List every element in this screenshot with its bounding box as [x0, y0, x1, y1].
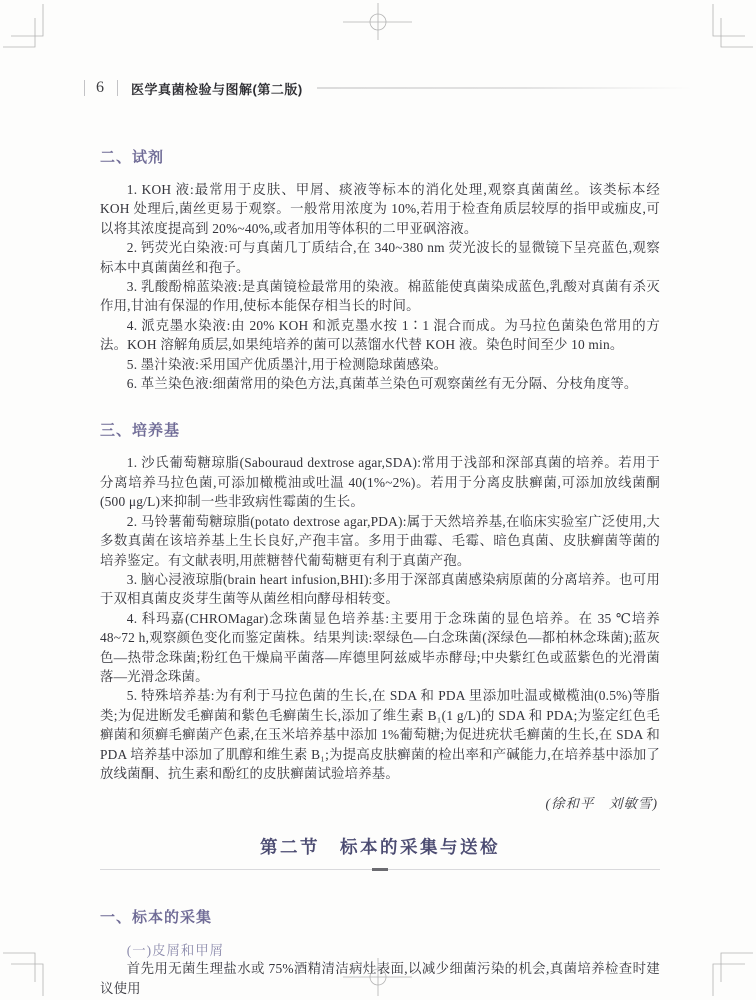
author-attribution: (徐和平 刘敏雪) [100, 792, 660, 812]
chapter-rule-dash [372, 868, 388, 871]
media-item: 2. 马铃薯葡萄糖琼脂(potato dextrose agar,PDA):属于… [100, 512, 660, 570]
section-heading-media: 三、培养基 [100, 419, 660, 440]
section-specimen-collection: 一、标本的采集 (一)皮屑和甲屑 首先用无菌生理盐水或 75%酒精清洁病灶表面,… [100, 906, 660, 998]
reagent-item: 1. KOH 液:最常用于皮肤、甲屑、痰液等标本的消化处理,观察真菌菌丝。该类标… [100, 180, 660, 238]
section-heading-collection: 一、标本的采集 [100, 906, 660, 927]
header-rule [317, 87, 692, 89]
media-item: 1. 沙氏葡萄糖琼脂(Sabouraud dextrose agar,SDA):… [100, 453, 660, 511]
section-heading-reagents: 二、试剂 [100, 146, 660, 167]
page-body: 二、试剂 1. KOH 液:最常用于皮肤、甲屑、痰液等标本的消化处理,观察真菌菌… [100, 146, 660, 998]
page-number: 6 [85, 78, 117, 98]
collection-intro-paragraph: 首先用无菌生理盐水或 75%酒精清洁病灶表面,以减少细菌污染的机会,真菌培养检查… [100, 959, 660, 998]
subsection-heading-skin-nail: (一)皮屑和甲屑 [100, 940, 660, 959]
book-title: 医学真菌检验与图解(第二版) [131, 79, 303, 98]
reagent-item: 2. 钙荧光白染液:可与真菌几丁质结合,在 340~380 nm 荧光波长的显微… [100, 238, 660, 277]
book-page: { "header": { "page_number": "6", "book_… [0, 0, 756, 1000]
media-item: 3. 脑心浸液琼脂(brain heart infusion,BHI):多用于深… [100, 570, 660, 609]
reagent-item: 5. 墨汁染液:采用国产优质墨汁,用于检测隐球菌感染。 [100, 355, 660, 374]
section-reagents: 二、试剂 1. KOH 液:最常用于皮肤、甲屑、痰液等标本的消化处理,观察真菌菌… [100, 146, 660, 393]
section-culture-media: 三、培养基 1. 沙氏葡萄糖琼脂(Sabouraud dextrose agar… [100, 419, 660, 783]
chapter-section-title: 第二节 标本的采集与送检 [100, 834, 660, 859]
media-item: 4. 科玛嘉(CHROMagar)念珠菌显色培养基:主要用于念珠菌的显色培养。在… [100, 609, 660, 687]
header-divider-mid [117, 80, 118, 96]
reagent-item: 4. 派克墨水染液:由 20% KOH 和派克墨水按 1∶1 混合而成。为马拉色… [100, 316, 660, 355]
media-item: 5. 特殊培养基:为有利于马拉色菌的生长,在 SDA 和 PDA 里添加吐温或橄… [100, 686, 660, 783]
chapter-title-rule [100, 869, 660, 870]
reagent-item: 3. 乳酸酚棉蓝染液:是真菌镜检最常用的染液。棉蓝能使真菌染成蓝色,乳酸对真菌有… [100, 277, 660, 316]
reagent-item: 6. 革兰染色液:细菌常用的染色方法,真菌革兰染色可观察菌丝有无分隔、分枝角度等… [100, 374, 660, 393]
running-header: 6 医学真菌检验与图解(第二版) [84, 78, 692, 98]
